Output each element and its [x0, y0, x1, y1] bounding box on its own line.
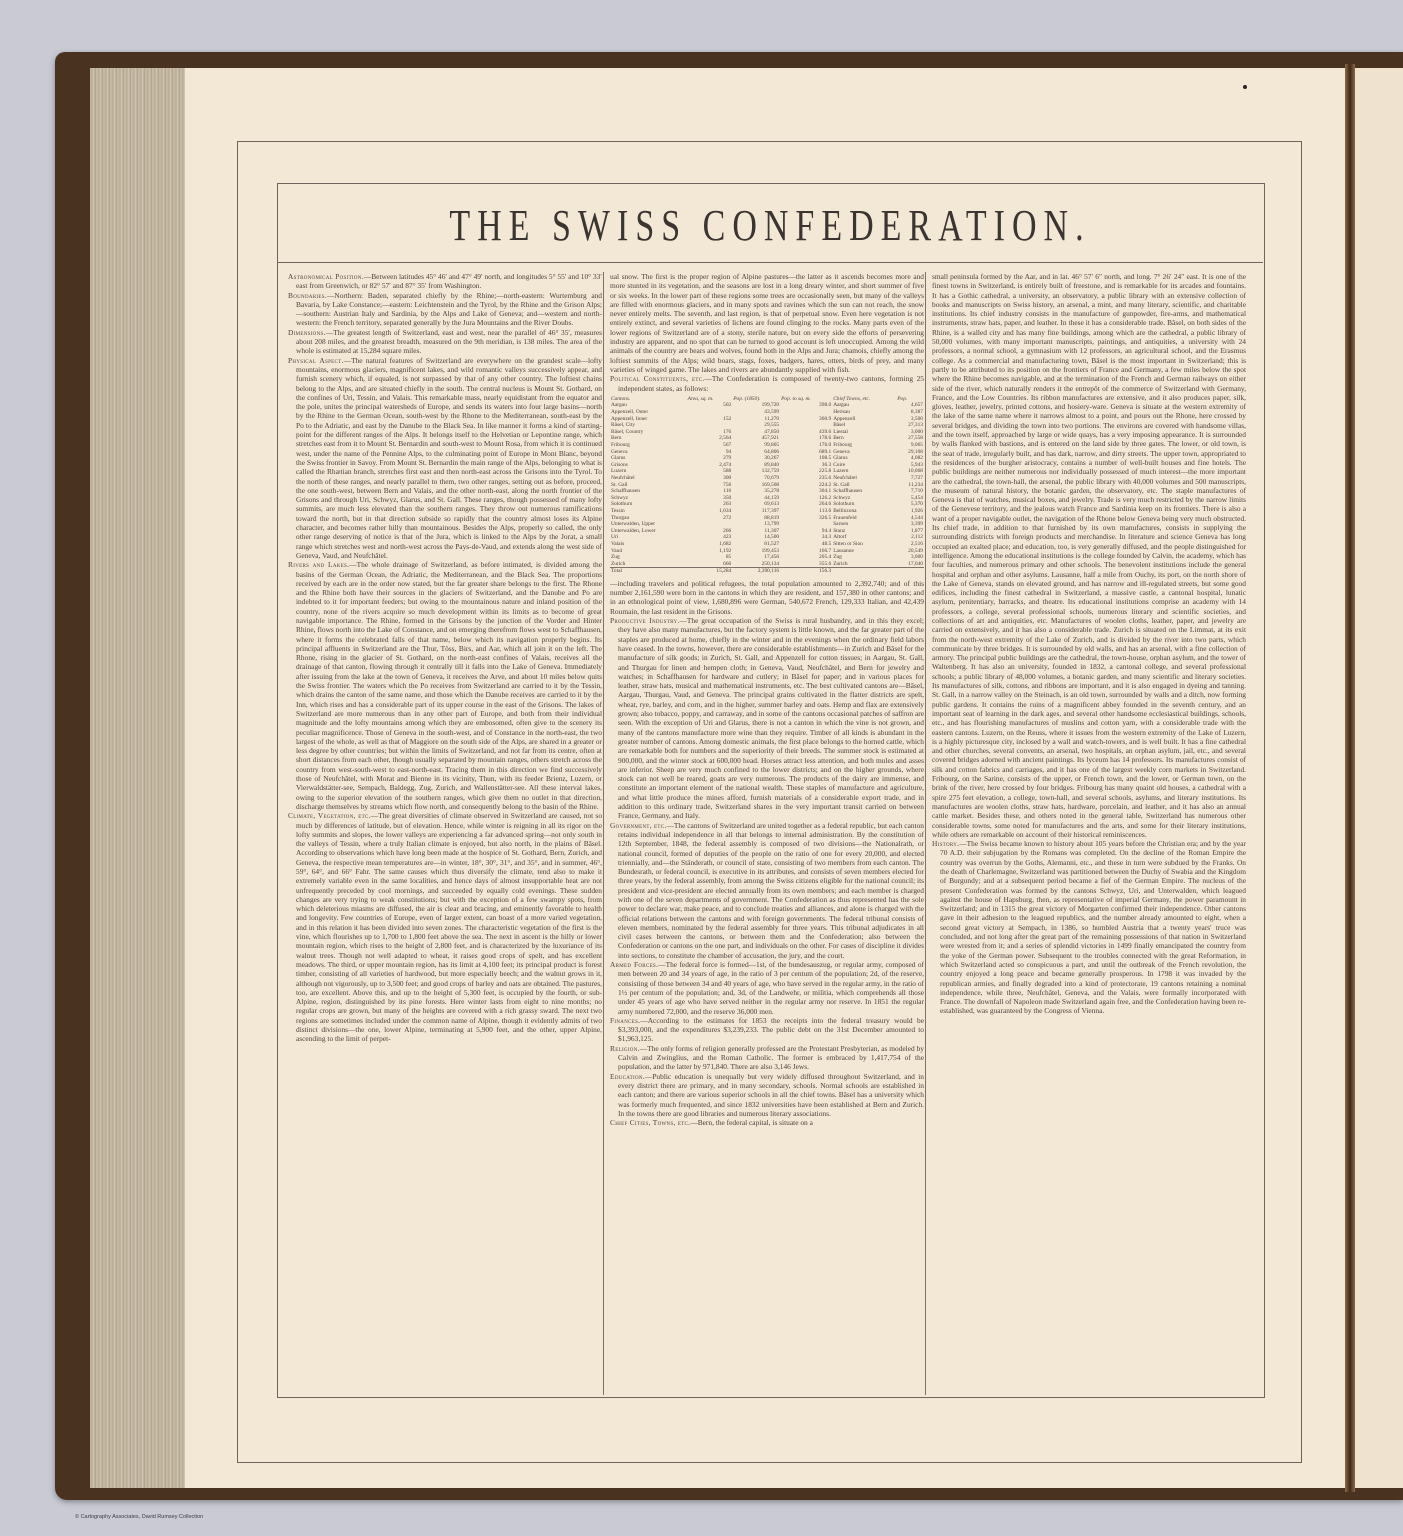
table-cell: 34.3 — [780, 534, 832, 541]
table-cell: 10,068 — [896, 468, 924, 475]
table-cell: 7,727 — [896, 475, 924, 482]
section-paragraph: Armed Forces.—The federal force is forme… — [610, 960, 924, 1016]
table-cell: 169,508 — [732, 482, 780, 489]
section-text: —The cantons of Switzerland are united t… — [618, 821, 924, 960]
table-cell: 689.1 — [780, 449, 832, 456]
table-cell — [832, 568, 896, 575]
section-political-constituents: Political Constituents, etc.—The Confede… — [610, 374, 924, 393]
table-cell: Sarnen — [832, 521, 896, 528]
table-cell: 47,850 — [732, 429, 780, 436]
table-cell: 272 — [687, 515, 733, 522]
table-cell: Zurich — [832, 561, 896, 568]
section-heading: Government, etc. — [610, 821, 667, 830]
section-text: —According to the estimates for 1853 the… — [618, 1016, 924, 1044]
table-cell: 1,192 — [687, 548, 733, 555]
section-paragraph: small peninsula formed by the Aar, and i… — [932, 272, 1246, 839]
table-cell: Neufchâtel — [832, 475, 896, 482]
paragraph-alpine-continued: ual snow. The first is the proper region… — [610, 272, 924, 374]
table-cell: Geneva — [832, 449, 896, 456]
page-title: THE SWISS CONFEDERATION. — [277, 202, 1263, 251]
section-text: —The Swiss became known to history about… — [940, 839, 1246, 1015]
table-cell: 94 — [687, 449, 733, 456]
table-cell: Thurgau — [610, 515, 687, 522]
table-header-cell: Chief Towns, etc. — [832, 396, 896, 403]
table-cell: Herisau — [832, 409, 896, 416]
table-cell — [687, 422, 733, 429]
table-cell: Uri — [610, 534, 687, 541]
section-text: small peninsula formed by the Aar, and i… — [932, 272, 1246, 839]
table-cell: 99,805 — [732, 442, 780, 449]
table-cell: 224.2 — [780, 482, 832, 489]
page-edges — [90, 68, 186, 1488]
table-cell: 423 — [687, 534, 733, 541]
table-cell: 5,454 — [896, 495, 924, 502]
table-cell: 113.6 — [780, 508, 832, 515]
table-cell: 178.6 — [780, 435, 832, 442]
table-cell: 116 — [687, 488, 733, 495]
table-cell: Tessin — [610, 508, 687, 515]
table-row: Schwyz35044,159126.2Schwyz5,454 — [610, 495, 924, 502]
table-cell: 457,921 — [732, 435, 780, 442]
table-cell: 567 — [687, 442, 733, 449]
table-cell: 2,564 — [687, 435, 733, 442]
table-cell: 235.6 — [780, 475, 832, 482]
section-paragraph: Finances.—According to the estimates for… — [610, 1016, 924, 1044]
table-row: Valais1,68281,52748.5Sitten or Sion2,516 — [610, 541, 924, 548]
table-cell: 156.3 — [780, 568, 832, 575]
table-cell: Sitten or Sion — [832, 541, 896, 548]
table-cell: 81,527 — [732, 541, 780, 548]
table-header-cell: Area, sq. m. — [687, 396, 733, 403]
table-total-row: Total15,2842,390,116156.3 — [610, 568, 924, 575]
section-text: —The only forms of religion generally pr… — [618, 1044, 924, 1072]
section-paragraph: Boundaries.—Northern: Baden, separated c… — [288, 291, 602, 328]
table-cell: 36.3 — [780, 462, 832, 469]
table-cell: 4,544 — [896, 515, 924, 522]
table-header-cell: Pop. — [896, 396, 924, 403]
table-cell: Unterwalden, Upper — [610, 521, 687, 528]
table-row: Bâsel, Country17647,850439.6Liestal3,000 — [610, 429, 924, 436]
table-cell: 126.2 — [780, 495, 832, 502]
table-cell: Zug — [610, 554, 687, 561]
table-cell: Solothurn — [832, 501, 896, 508]
table-cell: 2,390,116 — [732, 568, 780, 575]
table-cell: Valais — [610, 541, 687, 548]
table-cell: 3,000 — [896, 429, 924, 436]
table-row: Uri42314,50034.3Altorf2,112 — [610, 534, 924, 541]
table-cell — [780, 521, 832, 528]
table-row: St. Gall756169,508224.2St. Gall11,234 — [610, 482, 924, 489]
table-cell: 3,000 — [896, 554, 924, 561]
section-paragraph: Government, etc.—The cantons of Switzerl… — [610, 821, 924, 960]
table-cell: 27,558 — [896, 435, 924, 442]
table-row: Schaffhausen11635,278304.1Schaffhausen7,… — [610, 488, 924, 495]
table-row: Unterwalden, Lower26611,30794.4Stanz1,87… — [610, 528, 924, 535]
section-heading: Climate, Vegetation, etc. — [288, 811, 371, 820]
table-row: Luzern588132,759225.8Luzern10,068 — [610, 468, 924, 475]
table-cell: 360.9 — [780, 416, 832, 423]
table-cell: 300 — [687, 475, 733, 482]
table-cell: 132,759 — [732, 468, 780, 475]
table-cell: Bâsel, Country — [610, 429, 687, 436]
table-cell: 225.8 — [780, 468, 832, 475]
table-cell: 3,399 — [896, 521, 924, 528]
table-cell: 350 — [687, 495, 733, 502]
section-heading: Armed Forces. — [610, 960, 658, 969]
table-row: Zurich666250,134355.6Zurich17,040 — [610, 561, 924, 568]
table-cell: Schwyz — [610, 495, 687, 502]
table-cell: 398.0 — [780, 402, 832, 409]
table-cell: 166.7 — [780, 548, 832, 555]
table-cell: Glarus — [610, 455, 687, 462]
table-header-cell: Pop. (1850). — [732, 396, 780, 403]
table-cell: 1,034 — [687, 508, 733, 515]
table-cell: 17,456 — [732, 554, 780, 561]
column-divider — [925, 272, 926, 1395]
table-cell: Schaffhausen — [832, 488, 896, 495]
table-cell: 20,549 — [896, 548, 924, 555]
text-column-2: ual snow. The first is the proper region… — [610, 272, 924, 1392]
section-paragraph: Rivers and Lakes.—The whole drainage of … — [288, 560, 602, 811]
table-cell: 176.0 — [780, 442, 832, 449]
table-cell: 1,926 — [896, 508, 924, 515]
table-cell: 7,710 — [896, 488, 924, 495]
section-paragraph: —including travelers and political refug… — [610, 579, 924, 616]
table-cell: Bâsel, City — [610, 422, 687, 429]
table-cell: Total — [610, 568, 687, 575]
section-heading: Education. — [610, 1072, 645, 1081]
table-row: Thurgau27288,819326.5Frauenfeld4,544 — [610, 515, 924, 522]
section-heading: Productive Industry. — [610, 616, 680, 625]
text-column-3: small peninsula formed by the Aar, and i… — [932, 272, 1246, 1392]
table-cell: Unterwalden, Lower — [610, 528, 687, 535]
table-cell: Bern — [832, 435, 896, 442]
table-cell: Luzern — [610, 468, 687, 475]
table-cell: Coire — [832, 462, 896, 469]
table-row: Aargau502199,720398.0Aargau4,657 — [610, 402, 924, 409]
section-heading: Astronomical Position. — [288, 272, 364, 281]
table-cell: 117,397 — [732, 508, 780, 515]
section-text: —Northern: Baden, separated chiefly by t… — [296, 291, 602, 328]
table-cell: 5,943 — [896, 462, 924, 469]
table-cell: 205.4 — [780, 554, 832, 561]
table-cell: 279 — [687, 455, 733, 462]
table-cell: 199,453 — [732, 548, 780, 555]
table-cell: Frauenfeld — [832, 515, 896, 522]
table-cell: 502 — [687, 402, 733, 409]
table-cell: 176 — [687, 429, 733, 436]
table-row: Appenzell, Inner15211,270360.9Appenzell3… — [610, 416, 924, 423]
table-cell: 326.5 — [780, 515, 832, 522]
table-cell: Appenzell — [832, 416, 896, 423]
table-row: Geneva9464,806689.1Geneva29,108 — [610, 449, 924, 456]
section-paragraph: Chief Cities, Towns, etc.—Bern, the fede… — [610, 1118, 924, 1127]
table-cell: Lausanne — [832, 548, 896, 555]
table-cell: 14,500 — [732, 534, 780, 541]
table-cell: 264.6 — [780, 501, 832, 508]
table-cell: 64,806 — [732, 449, 780, 456]
table-cell: 11,234 — [896, 482, 924, 489]
cantons-table: Cantons.Area, sq. m.Pop. (1850).Pop. to … — [610, 396, 924, 575]
table-cell: 355.6 — [780, 561, 832, 568]
table-cell: 35,278 — [732, 488, 780, 495]
table-cell: 85 — [687, 554, 733, 561]
table-cell: 666 — [687, 561, 733, 568]
table-cell: 439.6 — [780, 429, 832, 436]
table-header-cell: Pop. to sq. m. — [780, 396, 832, 403]
section-heading: Boundaries. — [288, 291, 327, 300]
table-cell: 13,799 — [732, 521, 780, 528]
table-cell: Grisons — [610, 462, 687, 469]
table-cell: Vaud — [610, 548, 687, 555]
table-cell: 69,613 — [732, 501, 780, 508]
section-text: —The greatest length of Switzerland, eas… — [296, 328, 602, 356]
title-divider — [277, 262, 1263, 263]
table-row: Bern2,564457,921178.6Bern27,558 — [610, 435, 924, 442]
section-heading: Dimensions. — [288, 328, 326, 337]
table-cell: 89,840 — [732, 462, 780, 469]
table-cell: 304.1 — [780, 488, 832, 495]
section-text: —including travelers and political refug… — [610, 579, 924, 616]
table-row: Grisons2,47489,84036.3Coire5,943 — [610, 462, 924, 469]
table-cell: 1,682 — [687, 541, 733, 548]
section-paragraph: Dimensions.—The greatest length of Switz… — [288, 328, 602, 356]
section-heading: Physical Aspect. — [288, 356, 344, 365]
table-cell: 44,159 — [732, 495, 780, 502]
table-cell: 88,819 — [732, 515, 780, 522]
section-text: —The great diversities of climate observ… — [296, 811, 602, 1043]
table-cell: 108.5 — [780, 455, 832, 462]
table-cell: 250,134 — [732, 561, 780, 568]
table-cell: 8,387 — [896, 409, 924, 416]
table-cell: 199,720 — [732, 402, 780, 409]
table-cell: 70,679 — [732, 475, 780, 482]
section-heading: Religion. — [610, 1044, 640, 1053]
table-cell: Zug — [832, 554, 896, 561]
facing-page-edge — [1355, 68, 1403, 1488]
section-text: —Public education is unequally but very … — [618, 1072, 924, 1118]
table-row: Glarus27930,267108.5Glarus4,082 — [610, 455, 924, 462]
table-cell: 15,284 — [687, 568, 733, 575]
table-cell: 48.5 — [780, 541, 832, 548]
table-cell: Aargau — [610, 402, 687, 409]
table-cell: 5,370 — [896, 501, 924, 508]
section-paragraph: History.—The Swiss became known to histo… — [932, 839, 1246, 1016]
table-row: Solothurn26369,613264.6Solothurn5,370 — [610, 501, 924, 508]
table-cell: 4,082 — [896, 455, 924, 462]
section-text: —The natural features of Switzerland are… — [296, 356, 602, 560]
table-cell: 152 — [687, 416, 733, 423]
table-cell: 1,877 — [896, 528, 924, 535]
table-cell: 11,307 — [732, 528, 780, 535]
table-cell: 2,112 — [896, 534, 924, 541]
table-row: Unterwalden, Upper13,799Sarnen3,399 — [610, 521, 924, 528]
table-row: Appenzell, Outer43,599Herisau8,387 — [610, 409, 924, 416]
table-cell: 266 — [687, 528, 733, 535]
table-cell — [896, 568, 924, 575]
table-cell: 43,599 — [732, 409, 780, 416]
table-cell: 17,040 — [896, 561, 924, 568]
table-row: Vaud1,192199,453166.7Lausanne20,549 — [610, 548, 924, 555]
table-cell — [780, 422, 832, 429]
table-cell: Schwyz — [832, 495, 896, 502]
table-cell: Neufchâtel — [610, 475, 687, 482]
book-gutter — [1345, 64, 1355, 1492]
table-cell: 2,516 — [896, 541, 924, 548]
table-cell: 29,555 — [732, 422, 780, 429]
section-paragraph: Physical Aspect.—The natural features of… — [288, 356, 602, 561]
table-cell: 588 — [687, 468, 733, 475]
table-cell: Schaffhausen — [610, 488, 687, 495]
table-cell: 4,657 — [896, 402, 924, 409]
section-text: —The whole drainage of Switzerland, as b… — [296, 560, 602, 811]
copyright-credit: © Cartography Associates, David Rumsey C… — [75, 1514, 203, 1520]
section-paragraph: Religion.—The only forms of religion gen… — [610, 1044, 924, 1072]
table-cell: Luzern — [832, 468, 896, 475]
table-cell: 263 — [687, 501, 733, 508]
table-row: Fribourg56799,805176.0Fribourg9,065 — [610, 442, 924, 449]
table-cell: 11,270 — [732, 416, 780, 423]
column-divider — [603, 272, 604, 1395]
table-cell: Altorf — [832, 534, 896, 541]
section-text: —The federal force is formed—1st, of the… — [618, 960, 924, 1015]
section-heading: Finances. — [610, 1016, 640, 1025]
table-cell: 30,267 — [732, 455, 780, 462]
table-cell: Zurich — [610, 561, 687, 568]
table-cell: 756 — [687, 482, 733, 489]
table-cell: 2,474 — [687, 462, 733, 469]
table-row: Zug8517,456205.4Zug3,000 — [610, 554, 924, 561]
table-cell: Fribourg — [832, 442, 896, 449]
section-paragraph: Education.—Public education is unequally… — [610, 1072, 924, 1118]
section-text: —The great occupation of the Swiss is ru… — [618, 616, 924, 820]
table-cell: Bern — [610, 435, 687, 442]
table-row: Bâsel, City29,555Bâsel27,313 — [610, 422, 924, 429]
table-header-row: Cantons.Area, sq. m.Pop. (1850).Pop. to … — [610, 396, 924, 403]
table-cell: Fribourg — [610, 442, 687, 449]
table-cell: Bellinzona — [832, 508, 896, 515]
table-cell: 27,313 — [896, 422, 924, 429]
table-cell: Solothurn — [610, 501, 687, 508]
table-cell — [780, 409, 832, 416]
table-cell: 3,500 — [896, 416, 924, 423]
table-cell: Bâsel — [832, 422, 896, 429]
table-header-cell: Cantons. — [610, 396, 687, 403]
section-paragraph: Climate, Vegetation, etc.—The great dive… — [288, 811, 602, 1043]
table-cell: Appenzell, Inner — [610, 416, 687, 423]
table-cell: 9,065 — [896, 442, 924, 449]
table-cell: Geneva — [610, 449, 687, 456]
table-cell: 94.4 — [780, 528, 832, 535]
ink-spot — [1243, 85, 1247, 89]
section-paragraph: Productive Industry.—The great occupatio… — [610, 616, 924, 821]
table-cell: Appenzell, Outer — [610, 409, 687, 416]
table-row: Tessin1,034117,397113.6Bellinzona1,926 — [610, 508, 924, 515]
table-cell: Liestal — [832, 429, 896, 436]
section-heading: Chief Cities, Towns, etc. — [610, 1118, 690, 1127]
table-cell: Glarus — [832, 455, 896, 462]
section-text: —Bern, the federal capital, is situate o… — [690, 1118, 813, 1127]
table-cell: Aargau — [832, 402, 896, 409]
section-paragraph: Astronomical Position.—Between latitudes… — [288, 272, 602, 291]
section-heading: Political Constituents, etc. — [610, 374, 705, 383]
table-cell — [687, 409, 733, 416]
table-cell: 29,108 — [896, 449, 924, 456]
table-cell — [687, 521, 733, 528]
table-row: Neufchâtel30070,679235.6Neufchâtel7,727 — [610, 475, 924, 482]
text-column-1: Astronomical Position.—Between latitudes… — [288, 272, 602, 1392]
section-heading: Rivers and Lakes. — [288, 560, 349, 569]
section-heading: History. — [932, 839, 959, 848]
